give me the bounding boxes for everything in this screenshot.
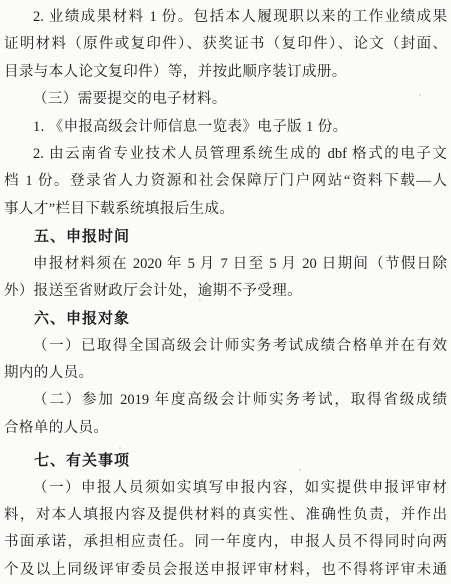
text-line: （一）申报人员须如实填写申报内容，如实提供申报评审材 <box>4 475 447 502</box>
text-line: 书面承诺，承担相应责任。同一年度内，申报人员不得同时向两 <box>4 529 447 556</box>
text-line: （一）已取得全国高级会计师实务考试成绩合格单并在有效 <box>4 333 447 360</box>
text-line: 申报材料须在 2020 年 5 月 7 日至 5 月 20 日期间（节假日除 <box>4 251 447 278</box>
section-heading-application-targets: 六、申报对象 <box>4 305 447 332</box>
text-line: 2. 由云南省专业技术人员管理系统生成的 dbf 格式的电子文 <box>4 141 447 168</box>
text-line: 目录与本人论文复印件）等，并按此顺序装订成册。 <box>4 59 447 86</box>
text-line: 期内的人员。 <box>4 360 447 387</box>
text-line: （二）参加 2019 年度高级会计师实务考试，取得省级成绩 <box>4 387 447 414</box>
text-line: （三）需要提交的电子材料。 <box>4 86 447 113</box>
scanned-document-page: 2. 业绩成果材料 1 份。包括本人履现职以来的工作业绩成果 证明材料（原件或复… <box>0 0 451 584</box>
text-line: 个及以上同级评审委员会报送申报评审材料，也不得将评审未通 <box>4 557 447 584</box>
text-line: 外）报送至省财政厅会计处，逾期不予受理。 <box>4 278 447 305</box>
text-line: 2. 业绩成果材料 1 份。包括本人履现职以来的工作业绩成果 <box>4 4 447 31</box>
text-line: 证明材料（原件或复印件）、获奖证书（复印件）、论文（封面、 <box>4 31 447 58</box>
section-heading-application-time: 五、申报时间 <box>4 223 447 250</box>
text-line: 事人才”栏目下载系统填报后生成。 <box>4 196 447 223</box>
text-line: 档 1 份。登录省人力资源和社会保障厅门户网站“资料下载—人 <box>4 168 447 195</box>
text-line: 料，对本人填报内容及提供材料的真实性、准确性负责，并作出 <box>4 502 447 529</box>
text-line: 合格单的人员。 <box>4 415 447 442</box>
text-line: 1. 《申报高级会计师信息一览表》电子版 1 份。 <box>4 114 447 141</box>
section-heading-related-matters: 七、有关事项 <box>4 447 447 474</box>
